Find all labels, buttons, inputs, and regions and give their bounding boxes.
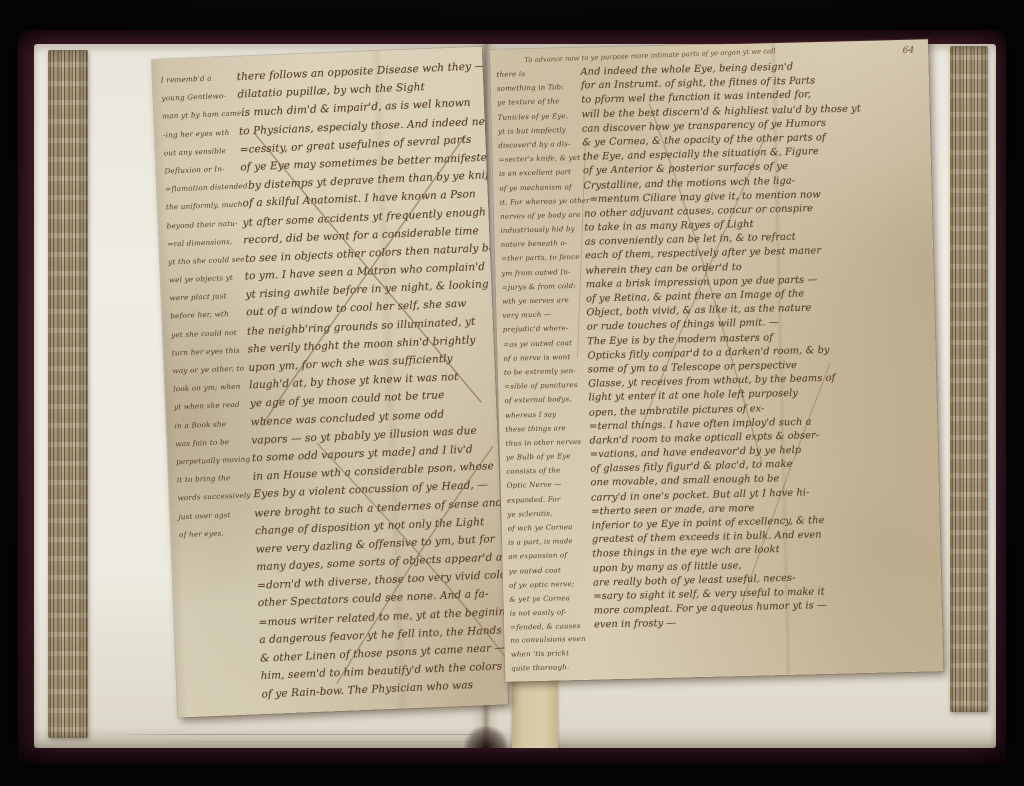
margin-note: ym from outwd In- bbox=[501, 267, 585, 277]
margin-note: I rememb'd a bbox=[161, 73, 237, 85]
margin-note: is a part, is made bbox=[508, 537, 592, 547]
spine-notch-shadow bbox=[464, 726, 508, 748]
margin-note: nerves of ye body are bbox=[500, 211, 584, 221]
margin-note: ye texture of the bbox=[497, 97, 581, 107]
margin-note: it to bring the bbox=[177, 472, 253, 484]
margin-note: beyond their natu- bbox=[166, 218, 242, 230]
margin-note: thus in other nerves bbox=[506, 438, 590, 448]
margin-note: look on ym; when bbox=[173, 382, 249, 394]
margin-note: something in Tab: bbox=[497, 83, 581, 93]
margin-note: =ral dimensions, bbox=[167, 236, 243, 248]
margin-note bbox=[181, 588, 257, 591]
main-text-line: one movable, and small enough to be bbox=[591, 474, 780, 489]
main-text-line: upon by many as of little use, bbox=[593, 560, 742, 574]
margin-note: words successively bbox=[177, 491, 253, 503]
margin-note: quite thorough. bbox=[511, 662, 595, 672]
margin-note: is an excellent part bbox=[499, 168, 583, 178]
margin-note: of a nerve is wont bbox=[503, 352, 587, 362]
page-edge-line bbox=[104, 734, 526, 735]
margin-note: man yt by ham came bbox=[162, 109, 242, 121]
margin-note bbox=[180, 552, 256, 555]
margin-note: Tunicles of ye Eye, bbox=[498, 111, 582, 121]
margin-note: turn her eyes this bbox=[172, 345, 248, 357]
margin-note: perpetually moving bbox=[176, 454, 252, 466]
left-fore-edge-stack bbox=[48, 50, 88, 738]
margin-note bbox=[184, 643, 260, 646]
margin-note: of wch ye Cornea bbox=[508, 523, 592, 533]
margin-note: expanded. For bbox=[507, 494, 591, 504]
main-text-line: to take in as many Rayes of Light bbox=[584, 219, 753, 234]
margin-note bbox=[185, 679, 261, 682]
margin-note: is not easily of- bbox=[510, 608, 594, 618]
margin-note: there is bbox=[497, 69, 581, 79]
margin-note: nature beneath o- bbox=[501, 239, 585, 249]
margin-note: of ye mechanism of bbox=[499, 182, 583, 192]
margin-note: =ther parts, to fence bbox=[501, 253, 585, 263]
margin-note: just over agst bbox=[178, 509, 254, 521]
margin-note: prejudic'd where- bbox=[503, 324, 587, 334]
margin-note: -ing her eyes wth bbox=[163, 127, 239, 139]
margin-note: yt is but impfectly bbox=[498, 126, 582, 136]
margin-note: =sible of punctures bbox=[504, 381, 588, 391]
margin-note: =secter's knife, & yet bbox=[499, 154, 583, 164]
margin-note: =jurys & from cold: bbox=[502, 282, 586, 292]
margin-note: these things are bbox=[505, 423, 589, 433]
page-edge-line bbox=[154, 741, 516, 742]
margin-note: wth ye nerves are bbox=[502, 296, 586, 306]
margin-note bbox=[183, 625, 259, 628]
margin-note: way or ye other, to bbox=[172, 363, 248, 375]
margin-note: the uniformly, much bbox=[166, 200, 243, 212]
margin-note: of external bodys, bbox=[504, 395, 588, 405]
margin-note: in a Book she bbox=[175, 418, 251, 430]
margin-note: & yet ye Cornea bbox=[509, 594, 593, 604]
manuscript-leaf-left: I rememb'd athere follows an opposite Di… bbox=[152, 47, 508, 718]
margin-note: out any sensible bbox=[164, 145, 240, 157]
right-page-text: there isAnd indeed the whole Eye, being … bbox=[490, 55, 943, 679]
margin-note: Optic Nerve — bbox=[507, 480, 591, 490]
margin-note: consists of the bbox=[506, 466, 590, 476]
margin-note: =as ye outwd coat bbox=[503, 338, 587, 348]
margin-note bbox=[186, 697, 262, 700]
margin-note: of her eyes. bbox=[179, 527, 255, 539]
right-fore-edge-stack bbox=[950, 46, 988, 712]
margin-note: very much — bbox=[502, 310, 586, 320]
left-page-text: I rememb'd athere follows an opposite Di… bbox=[152, 47, 508, 710]
margin-note bbox=[184, 661, 260, 664]
margin-note: of ye optic nerve; bbox=[509, 579, 593, 589]
margin-note: industriously hid by bbox=[500, 225, 584, 235]
margin-note: an expansion of bbox=[508, 551, 592, 561]
margin-note: young Gentlewo- bbox=[161, 91, 237, 103]
margin-note: whereas I say bbox=[505, 409, 589, 419]
main-text-line: even in frosty — bbox=[594, 618, 677, 631]
margin-note: ye Bulb of ye Eye bbox=[506, 452, 590, 462]
margin-note: it. For whereas ye other bbox=[500, 196, 590, 206]
margin-note: yt when she read bbox=[174, 400, 250, 412]
margin-note: was fain to be bbox=[175, 436, 251, 448]
margin-note: were plact just bbox=[169, 291, 245, 303]
photo-backdrop: I rememb'd athere follows an opposite Di… bbox=[0, 0, 1024, 786]
margin-note: ye outwd coat bbox=[509, 565, 593, 575]
margin-note: to be extremly sen- bbox=[504, 367, 588, 377]
margin-note: wel ye objects yt bbox=[169, 273, 245, 285]
manuscript-leaf-right: 64 To advance now to ye purpose more int… bbox=[490, 39, 943, 682]
main-text-line: And indeed the whole Eye, being design'd bbox=[580, 62, 793, 78]
margin-note: =flamation distended bbox=[165, 181, 248, 193]
margin-note: before her, wth bbox=[170, 309, 246, 321]
margin-note: yet she could not bbox=[171, 327, 247, 339]
main-text-line: =therto seen or made, are more bbox=[591, 503, 754, 517]
margin-note: ye sclerotis, bbox=[507, 508, 591, 518]
margin-note: =fended, & causes bbox=[510, 622, 594, 632]
margin-note: when 'tis prickt bbox=[511, 648, 595, 658]
margin-note: Defluxion or In- bbox=[164, 163, 240, 175]
margin-note bbox=[181, 570, 257, 573]
margin-note: discover'd by a dis- bbox=[498, 140, 582, 150]
page-number: 64 bbox=[903, 46, 915, 56]
margin-note: no convulsions even bbox=[510, 634, 594, 644]
margin-note bbox=[182, 607, 258, 610]
margin-note: yt tho she could see bbox=[168, 254, 245, 266]
